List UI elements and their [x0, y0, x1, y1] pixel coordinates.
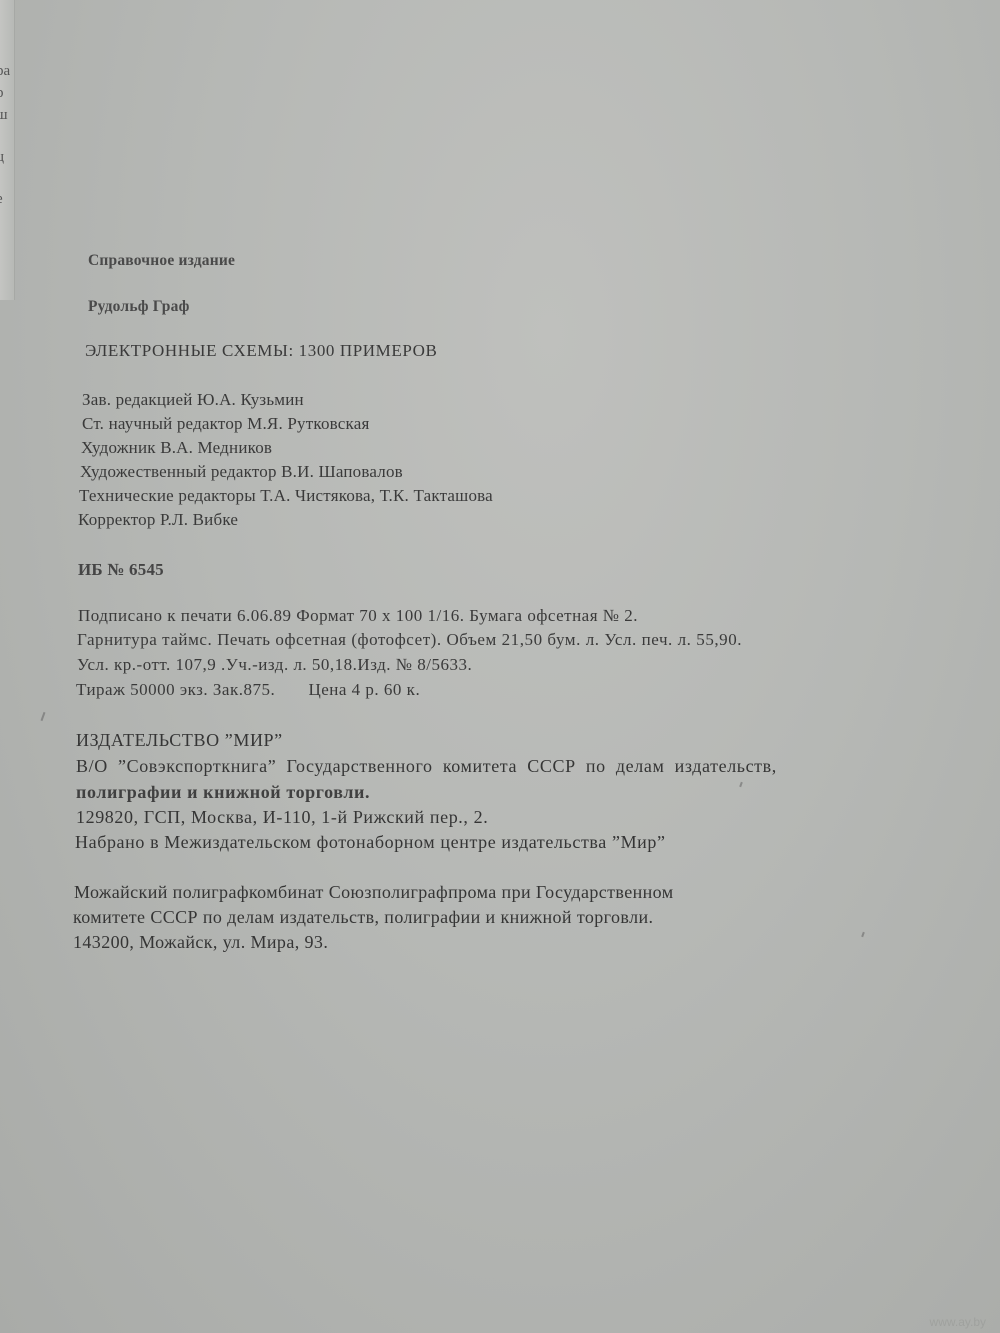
book-title: ЭЛЕКТРОННЫЕ СХЕМЫ: 1300 ПРИМЕРОВ [85, 341, 437, 361]
fragment: ра [0, 60, 14, 82]
adjacent-page-edge: ра р ш ц е [0, 0, 15, 300]
credit-line: Ст. научный редактор М.Я. Рутковская [82, 414, 370, 434]
typesetting-note: Набрано в Межиздательском фотонаборном ц… [75, 832, 666, 853]
print-detail-line: Усл. кр.-отт. 107,9 .Уч.-изд. л. 50,18.И… [77, 655, 472, 675]
edition-type: Справочное издание [88, 252, 235, 270]
credit-line: Художник В.А. Медников [81, 438, 272, 458]
print-detail-line: Подписано к печати 6.06.89 Формат 70 х 1… [78, 606, 638, 626]
fragment: е [0, 188, 14, 210]
print-detail-line: Гарнитура таймс. Печать офсетная (фотофс… [77, 630, 742, 650]
print-detail-line: Тираж 50000 экз. Зак.875. Цена 4 р. 60 к… [76, 680, 420, 700]
publisher-line: полиграфии и книжной торговли. [76, 782, 370, 803]
colophon-page: ра р ш ц е Справочное издание Рудольф Гр… [0, 0, 1000, 1333]
publisher-name: ИЗДАТЕЛЬСТВО ”МИР” [76, 730, 283, 751]
paper-speck [861, 932, 865, 937]
paper-speck [739, 782, 743, 787]
fragment: ш [0, 104, 14, 126]
fragment: ц [0, 146, 14, 168]
publisher-line: В/О ”Совэкспорткнига” Государственного к… [76, 756, 777, 777]
credit-line: Корректор Р.Л. Вибке [78, 510, 238, 530]
credit-line: Технические редакторы Т.А. Чистякова, Т.… [79, 486, 493, 506]
printer-line: комитете СССР по делам издательств, поли… [73, 907, 653, 928]
credit-line: Художественный редактор В.И. Шаповалов [80, 462, 403, 482]
credit-line: Зав. редакцией Ю.А. Кузьмин [82, 390, 304, 410]
fragment: р [0, 82, 14, 104]
ib-number: ИБ № 6545 [78, 560, 164, 580]
watermark: www.ay.by [930, 1315, 986, 1329]
author: Рудольф Граф [88, 298, 190, 316]
paper-speck [41, 712, 46, 721]
printer-address: 143200, Можайск, ул. Мира, 93. [73, 932, 328, 953]
publisher-address: 129820, ГСП, Москва, И-110, 1-й Рижский … [76, 807, 488, 828]
adjacent-page-text: ра р ш ц е [0, 60, 14, 210]
printer-line: Можайский полиграфкомбинат Союзполиграфп… [74, 882, 674, 903]
